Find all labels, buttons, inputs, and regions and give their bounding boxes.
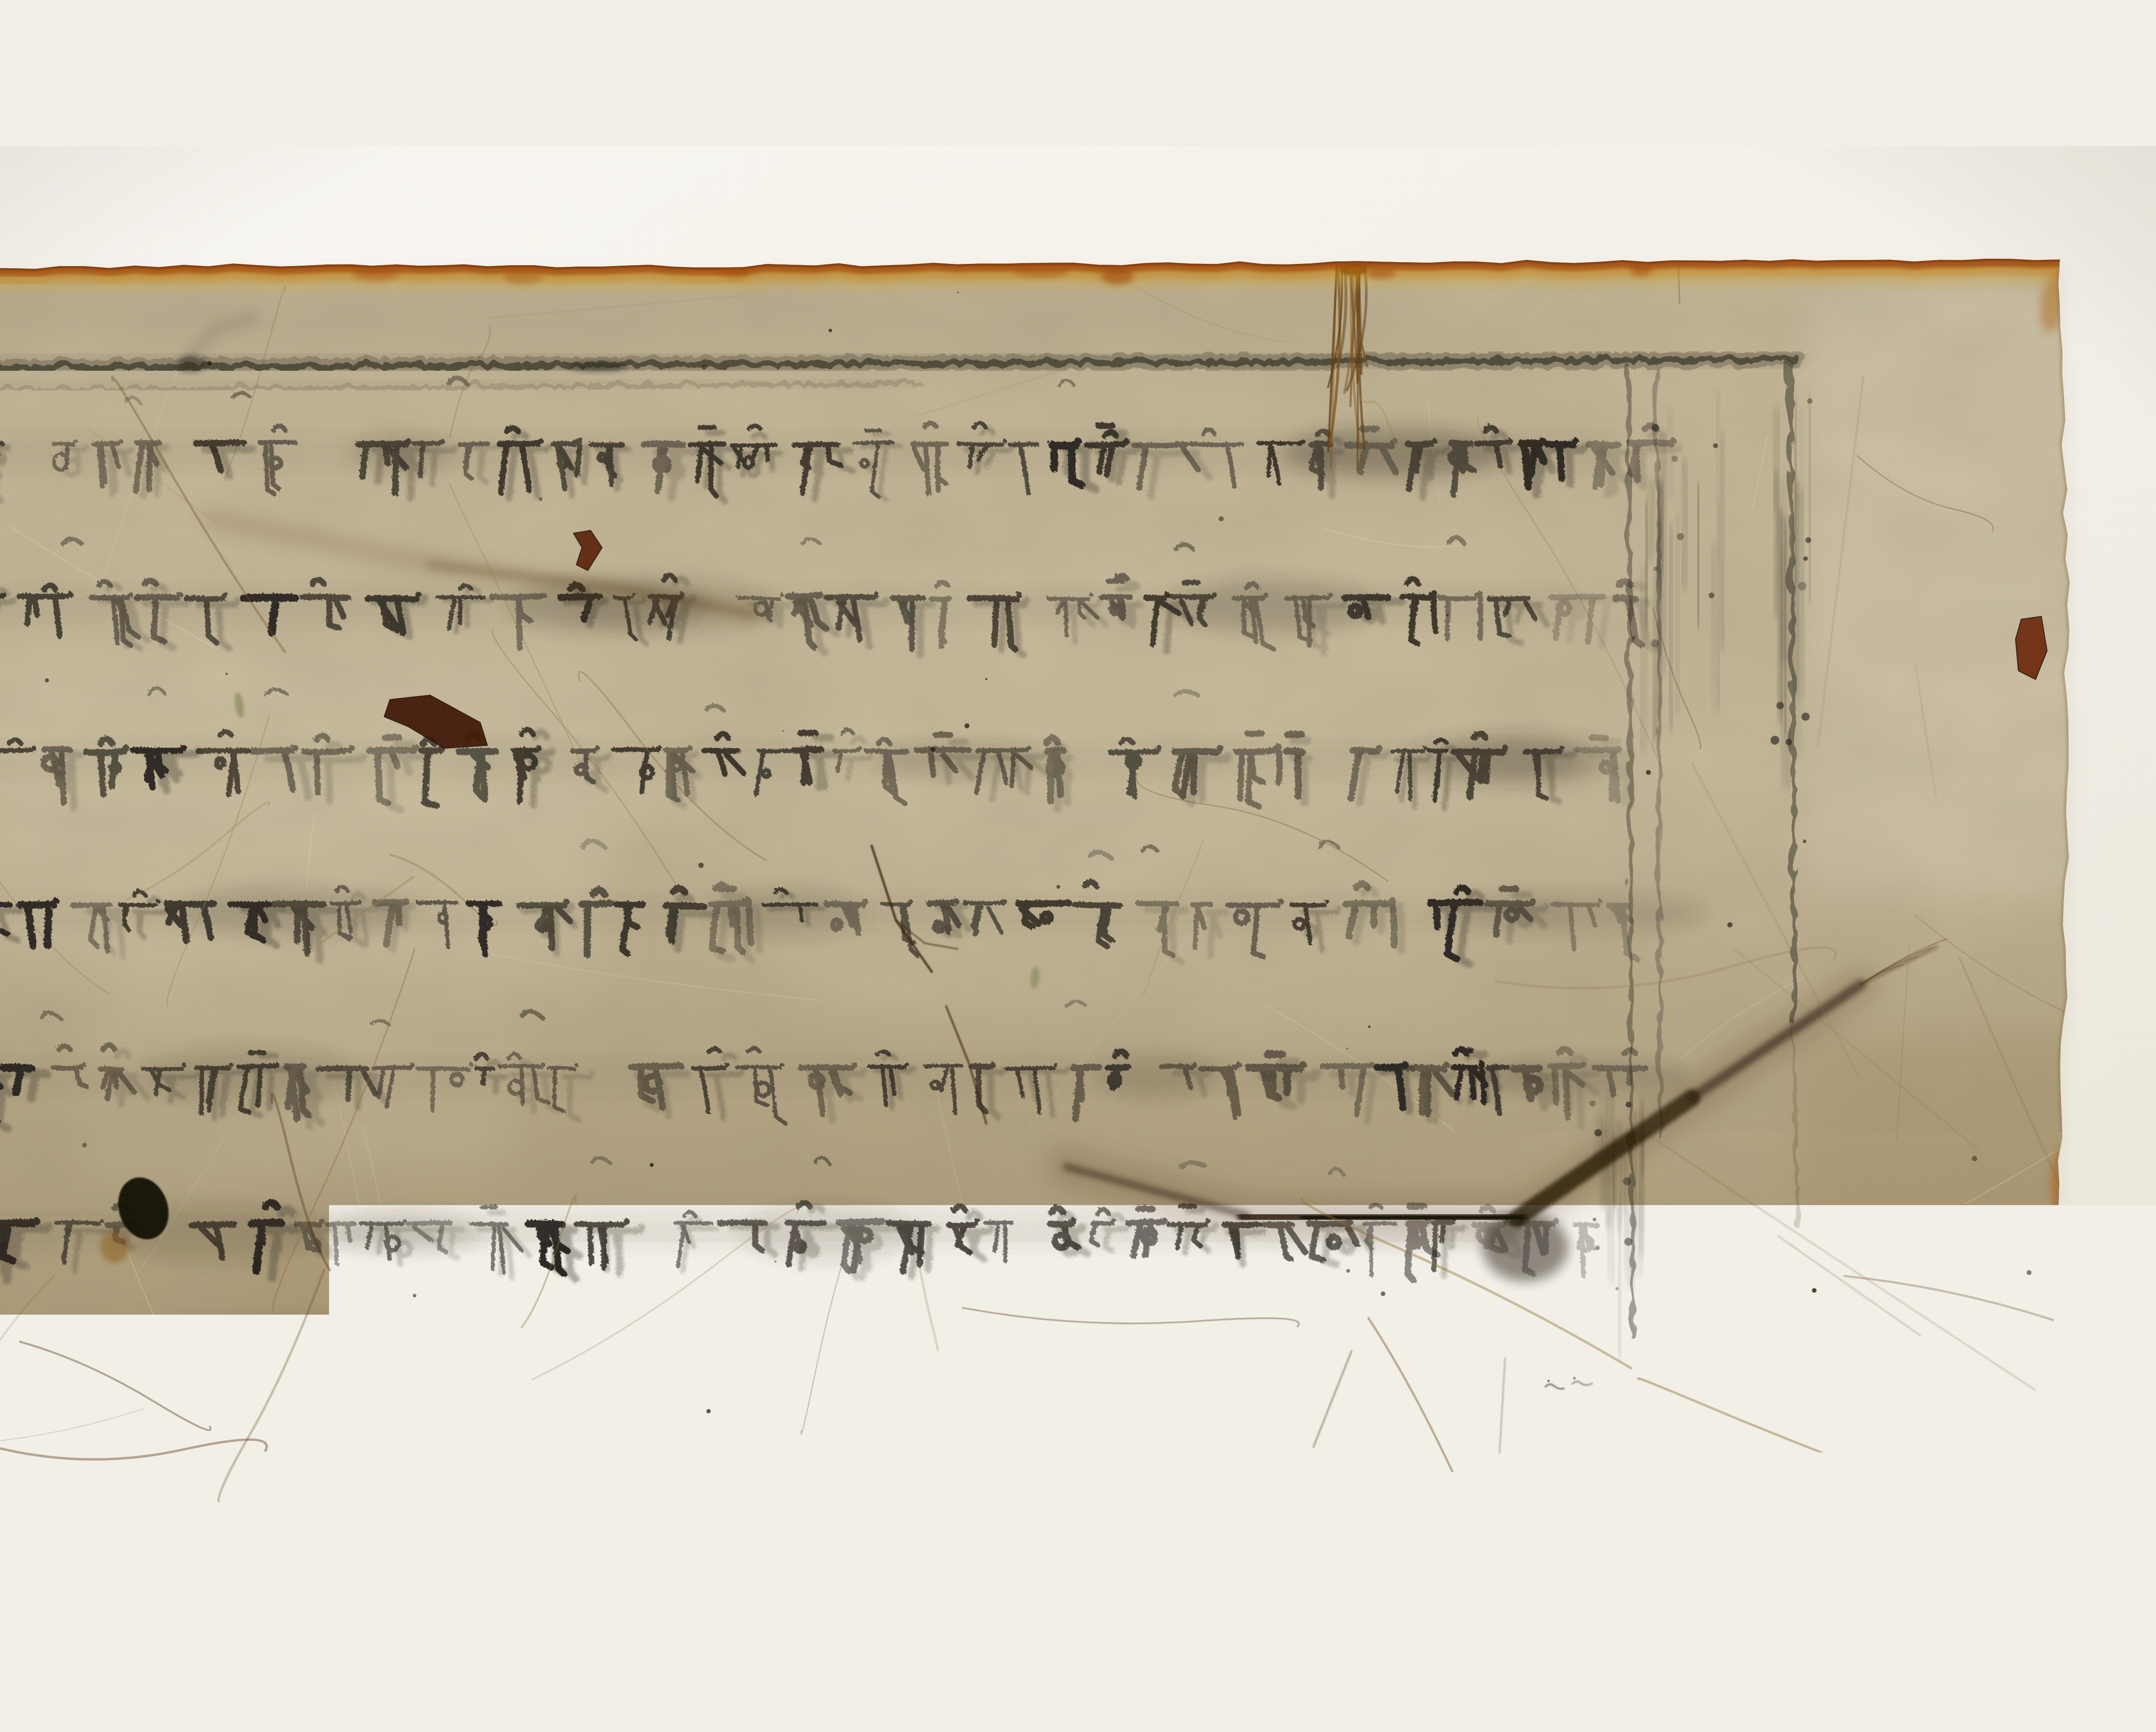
vignette-fill (0, 146, 2156, 1585)
pecha-folio-scene (0, 0, 2156, 1732)
manuscript-photograph: Fragment of a Tibetan woodblock-printed … (0, 0, 2156, 1732)
photo-vignette (0, 146, 2156, 1585)
